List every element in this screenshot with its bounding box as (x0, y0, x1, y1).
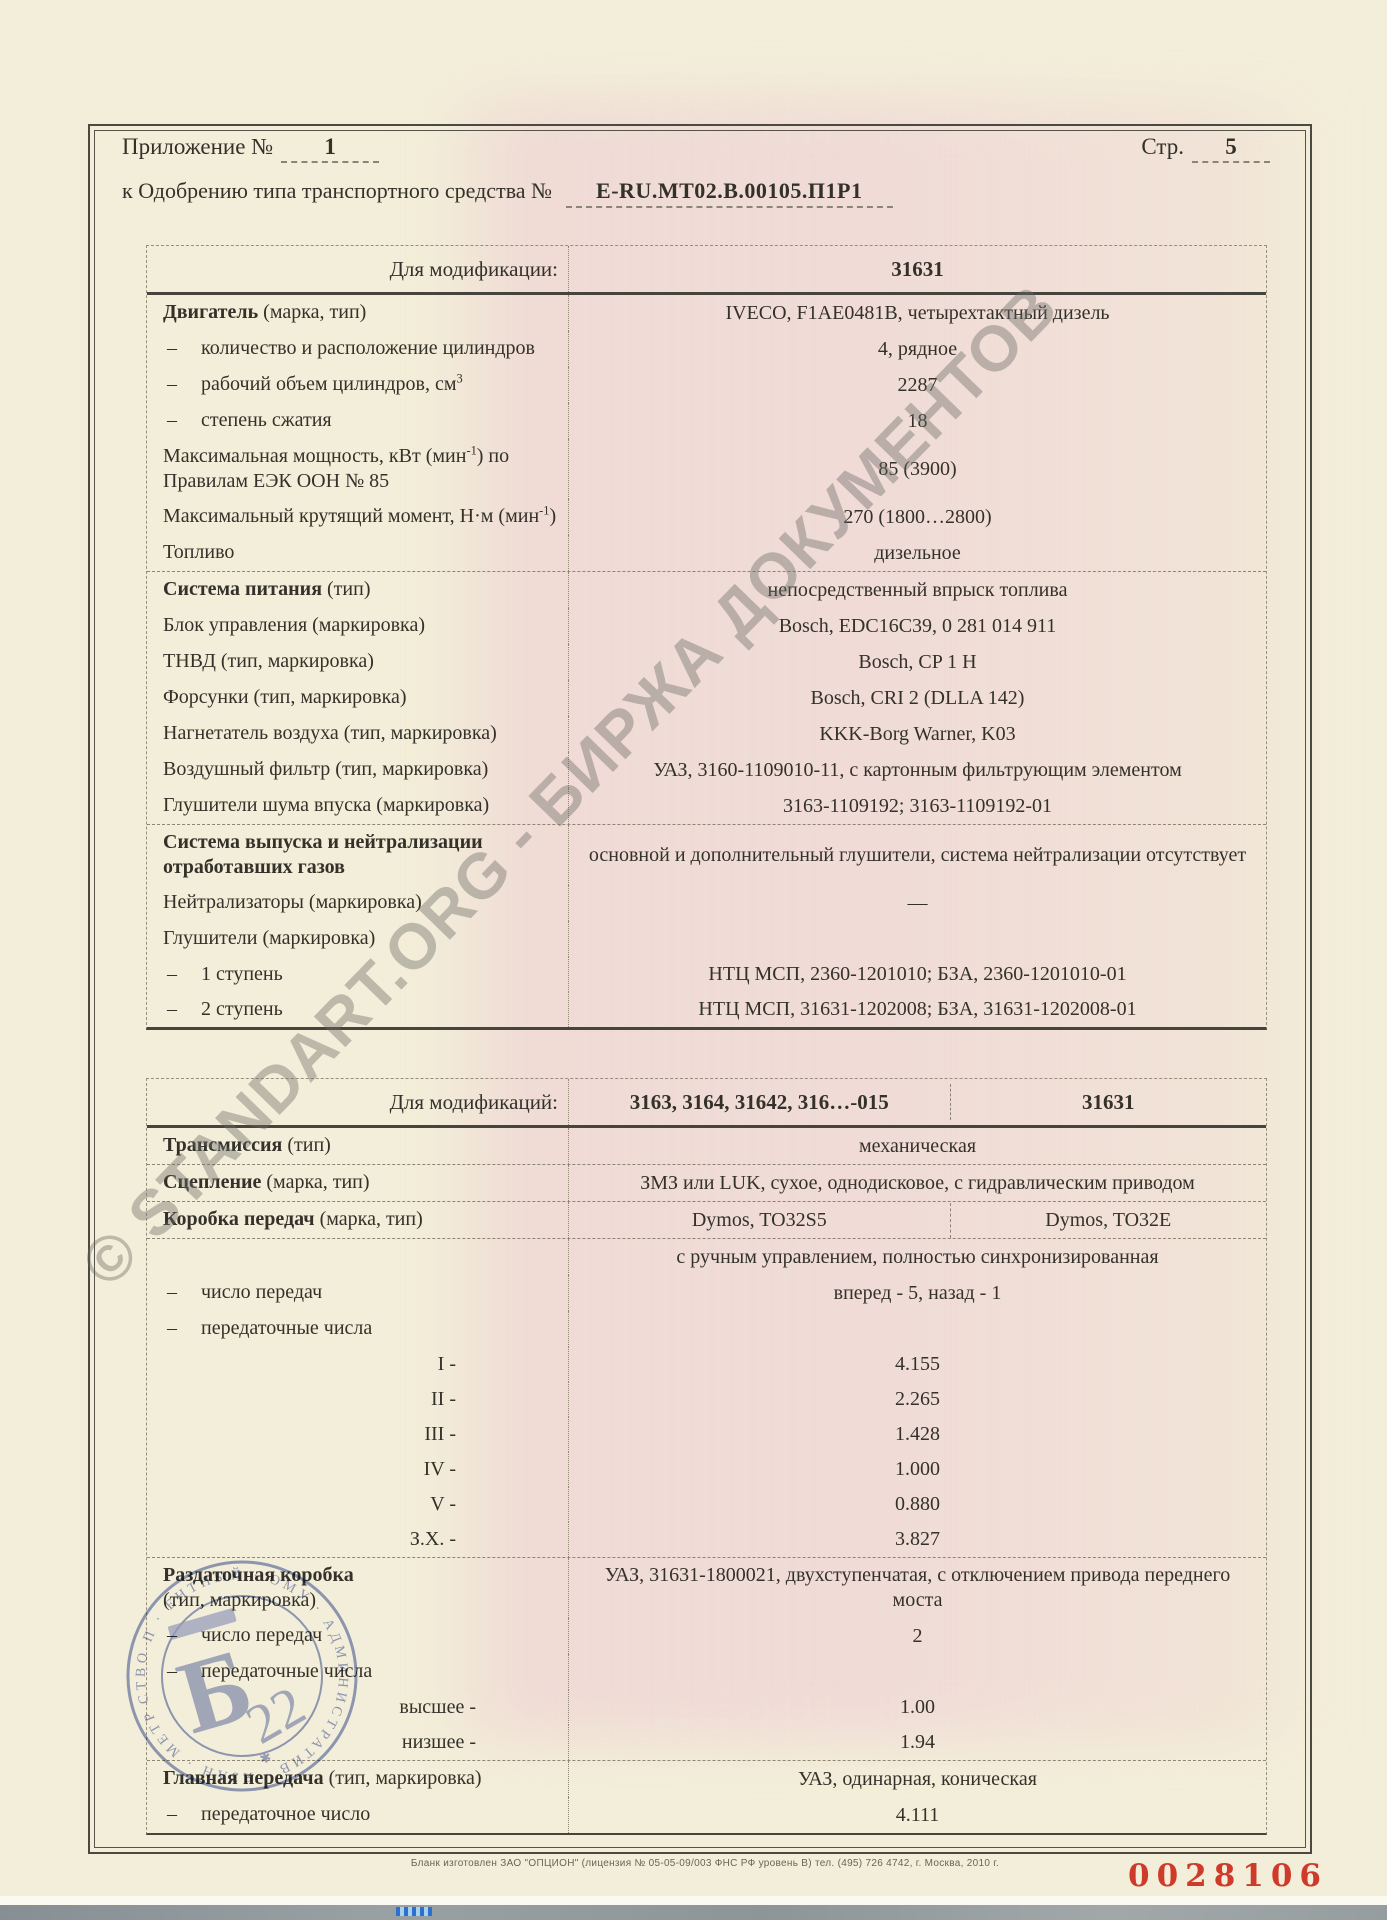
row-label: Двигатель (марка, тип) (147, 295, 569, 331)
row-value: 3.827 (569, 1522, 1266, 1557)
table-header-values: 3163, 3164, 31642, 316…-01531631 (569, 1079, 1266, 1125)
row-value: KKK-Borg Warner, K03 (569, 716, 1266, 752)
row-label-rest: (марка, тип) (261, 1171, 369, 1193)
row-value-text: 85 (3900) (878, 457, 956, 482)
row-value-text: KKK-Borg Warner, K03 (819, 722, 1015, 747)
row-value-text: с ручным управлением, полностью синхрони… (676, 1245, 1158, 1270)
table-row: Глушители (маркировка) (147, 921, 1266, 957)
row-value: НТЦ МСП, 31631-1202008; БЗА, 31631-12020… (569, 992, 1266, 1027)
table-row: Глушители шума впуска (маркировка)3163-1… (147, 788, 1266, 824)
approval-label: к Одобрению типа транспортного средства … (122, 178, 552, 203)
row-value-text: вперед - 5, назад - 1 (834, 1281, 1002, 1306)
row-label (147, 1239, 569, 1275)
table-row: –2 ступеньНТЦ МСП, 31631-1202008; БЗА, 3… (147, 992, 1266, 1027)
row-label: IV - (147, 1452, 569, 1487)
row-value: — (569, 885, 1266, 921)
row-value: 0.880 (569, 1487, 1266, 1522)
row-label: V - (147, 1487, 569, 1522)
row-label: Воздушный фильтр (тип, маркировка) (147, 752, 569, 788)
row-label: Глушители шума впуска (маркировка) (147, 788, 569, 824)
row-label: –1 ступень (147, 957, 569, 992)
row-value-text: 1.428 (895, 1422, 940, 1447)
table-row: –передаточное число4.111 (147, 1797, 1266, 1833)
row-value-text: Bosch, CP 1 H (858, 650, 976, 675)
row-value-text: 1.00 (900, 1695, 935, 1720)
table-row: IV -1.000 (147, 1452, 1266, 1487)
row-label-rest: (тип) (282, 1134, 330, 1156)
row-label: –рабочий объем цилиндров, см3 (147, 367, 569, 403)
scan-edge-strip (0, 1905, 1387, 1920)
table-header-label: Для модификаций: (147, 1079, 569, 1125)
row-value: УАЗ, одинарная, коническая (569, 1761, 1266, 1797)
table-row: –число передачвперед - 5, назад - 1 (147, 1275, 1266, 1311)
row-value: 1.00 (569, 1690, 1266, 1725)
row-value-cell: Dymos, TO32S5 (569, 1203, 950, 1238)
row-value-text: Bosch, CRI 2 (DLLA 142) (811, 686, 1025, 711)
row-value-text: УАЗ, 3160-1109010-11, с картонным фильтр… (653, 758, 1182, 783)
row-value (569, 921, 1266, 957)
row-label-text: 2 ступень (201, 997, 558, 1022)
row-label: –количество и расположение цилиндров (147, 331, 569, 367)
row-value-text: 3.827 (895, 1527, 940, 1552)
row-label-text: рабочий объем цилиндров, см3 (201, 372, 558, 398)
table-row: Двигатель (марка, тип)IVECO, F1AE0481B, … (147, 295, 1266, 331)
row-value-text: Bosch, EDC16C39, 0 281 014 911 (779, 614, 1057, 639)
row-label-text: 1 ступень (201, 962, 558, 987)
row-label-text: количество и расположение цилиндров (201, 336, 558, 362)
table-row: Система питания (тип)непосредственный вп… (147, 571, 1266, 608)
table-row: Блок управления (маркировка)Bosch, EDC16… (147, 608, 1266, 644)
table-row: Максимальный крутящий момент, Н·м (мин-1… (147, 499, 1266, 535)
row-value: 4.155 (569, 1347, 1266, 1382)
row-label: Коробка передач (марка, тип) (147, 1202, 569, 1238)
row-value-text: 2.265 (895, 1387, 940, 1412)
row-value: 1.94 (569, 1725, 1266, 1760)
stamp-center-letter: Б (167, 1627, 265, 1756)
row-value: УАЗ, 31631-1800021, двухступенчатая, с о… (569, 1558, 1266, 1618)
appendix-label: Приложение № (122, 134, 273, 159)
table-row: Трансмиссия (тип)механическая (147, 1128, 1266, 1164)
dash-mark: – (167, 336, 201, 362)
row-value-text: 3163-1109192; 3163-1109192-01 (783, 794, 1052, 819)
table-row: Коробка передач (марка, тип)Dymos, TO32S… (147, 1201, 1266, 1238)
row-value: механическая (569, 1128, 1266, 1164)
table-row: Топливодизельное (147, 535, 1266, 571)
row-value-text: 4.111 (896, 1803, 940, 1828)
table-header-row: Для модификации:31631 (147, 246, 1266, 295)
page-number-block: Стр.5 (1141, 134, 1270, 163)
row-value-text: основной и дополнительный глушители, сис… (589, 843, 1246, 868)
table-row: –1 ступеньНТЦ МСП, 2360-1201010; БЗА, 23… (147, 957, 1266, 992)
table-row: Воздушный фильтр (тип, маркировка)УАЗ, 3… (147, 752, 1266, 788)
row-label-rest: (тип) (322, 578, 370, 600)
form-serial-number: 0028106 (1128, 1858, 1328, 1894)
row-value-text: УАЗ, 31631-1800021, двухступенчатая, с о… (579, 1563, 1256, 1613)
row-label-rest: (марка, тип) (315, 1208, 423, 1230)
table-row: Система выпуска и нейтрализации отработа… (147, 824, 1266, 885)
row-value-text: 2287 (898, 373, 938, 398)
table-row: I -4.155 (147, 1347, 1266, 1382)
dash-mark: – (167, 372, 201, 398)
row-label: Трансмиссия (тип) (147, 1128, 569, 1164)
row-label: Топливо (147, 535, 569, 571)
table-header-value: 3163, 3164, 31642, 316…-015 (569, 1084, 950, 1120)
approval-number: E-RU.MT02.B.00105.П1Р1 (566, 178, 892, 208)
row-value: 85 (3900) (569, 439, 1266, 499)
table-header-value: 31631 (569, 251, 1266, 287)
row-value: 4.111 (569, 1797, 1266, 1833)
row-value-text: 1.000 (895, 1457, 940, 1482)
table-row: Максимальная мощность, кВт (мин-1) по Пр… (147, 439, 1266, 499)
row-value: Bosch, EDC16C39, 0 281 014 911 (569, 608, 1266, 644)
row-label: Сцепление (марка, тип) (147, 1165, 569, 1201)
row-value: 1.000 (569, 1452, 1266, 1487)
scan-edge-mark (396, 1907, 432, 1916)
row-label: Максимальная мощность, кВт (мин-1) по Пр… (147, 439, 569, 499)
table-row: Нагнетатель воздуха (тип, маркировка)KKK… (147, 716, 1266, 752)
page-number: 5 (1192, 134, 1270, 163)
row-value-text: — (908, 891, 928, 916)
appendix-number: 1 (281, 134, 379, 163)
table-row: –количество и расположение цилиндров4, р… (147, 331, 1266, 367)
form-print-info: Бланк изготовлен ЗАО "ОПЦИОН" (лицензия … (300, 1858, 1110, 1869)
row-value: ЗМЗ или LUK, сухое, однодисковое, с гидр… (569, 1165, 1266, 1201)
row-label: Глушители (маркировка) (147, 921, 569, 957)
row-value-text: механическая (859, 1134, 976, 1159)
table-row: II -2.265 (147, 1382, 1266, 1417)
dash-mark: – (167, 408, 201, 434)
row-value-text: 2 (913, 1624, 923, 1649)
row-value: дизельное (569, 535, 1266, 571)
row-value-text: непосредственный впрыск топлива (768, 578, 1068, 603)
table-row: –передаточные числа (147, 1311, 1266, 1347)
row-value-text: дизельное (874, 541, 961, 566)
modification-table-engine: Для модификации:31631Двигатель (марка, т… (146, 245, 1267, 1030)
row-label: I - (147, 1347, 569, 1382)
table-row: Форсунки (тип, маркировка)Bosch, CRI 2 (… (147, 680, 1266, 716)
row-value-text: IVECO, F1AE0481B, четырехтактный дизель (725, 301, 1109, 326)
row-value: 2287 (569, 367, 1266, 403)
header-line-2: к Одобрению типа транспортного средства … (122, 178, 893, 208)
dash-mark: – (167, 997, 201, 1022)
scan-edge-white (0, 1896, 1387, 1905)
table-header-row: Для модификаций:3163, 3164, 31642, 316…-… (147, 1079, 1266, 1128)
row-label: Блок управления (маркировка) (147, 608, 569, 644)
document-page: Приложение №1 Стр.5 к Одобрению типа тра… (0, 0, 1387, 1920)
row-value-text: ЗМЗ или LUK, сухое, однодисковое, с гидр… (640, 1171, 1195, 1196)
row-value: 2 (569, 1618, 1266, 1654)
row-label: –число передач (147, 1275, 569, 1311)
row-label-text: передаточное число (201, 1802, 558, 1828)
row-value-text: НТЦ МСП, 31631-1202008; БЗА, 31631-12020… (698, 997, 1136, 1022)
row-value: 1.428 (569, 1417, 1266, 1452)
table-row: Нейтрализаторы (маркировка)— (147, 885, 1266, 921)
row-label: –2 ступень (147, 992, 569, 1027)
row-value: 18 (569, 403, 1266, 439)
page-label: Стр. (1141, 134, 1184, 159)
row-value: непосредственный впрыск топлива (569, 572, 1266, 608)
dash-mark: – (167, 962, 201, 987)
row-value-text: УАЗ, одинарная, коническая (798, 1767, 1037, 1792)
row-value: 3163-1109192; 3163-1109192-01 (569, 788, 1266, 824)
row-value: вперед - 5, назад - 1 (569, 1275, 1266, 1311)
row-label: –степень сжатия (147, 403, 569, 439)
table-row: –степень сжатия18 (147, 403, 1266, 439)
row-label-text: передаточные числа (201, 1316, 558, 1342)
table-header-value: 31631 (950, 1084, 1266, 1120)
row-label: Система выпуска и нейтрализации отработа… (147, 825, 569, 885)
row-value-cell: Dymos, TO32E (950, 1203, 1266, 1238)
row-value: IVECO, F1AE0481B, четырехтактный дизель (569, 295, 1266, 331)
table-header-values: 31631 (569, 246, 1266, 292)
row-value: с ручным управлением, полностью синхрони… (569, 1239, 1266, 1275)
row-value-text: 0.880 (895, 1492, 940, 1517)
row-label: З.Х. - (147, 1522, 569, 1557)
row-label: III - (147, 1417, 569, 1452)
row-value: Dymos, TO32S5Dymos, TO32E (569, 1202, 1266, 1238)
table-row: III -1.428 (147, 1417, 1266, 1452)
row-label: Нагнетатель воздуха (тип, маркировка) (147, 716, 569, 752)
row-value: основной и дополнительный глушители, сис… (569, 825, 1266, 885)
row-label: Форсунки (тип, маркировка) (147, 680, 569, 716)
row-value: Bosch, CRI 2 (DLLA 142) (569, 680, 1266, 716)
row-value: 4, рядное (569, 331, 1266, 367)
row-label: ТНВД (тип, маркировка) (147, 644, 569, 680)
row-value-text: НТЦ МСП, 2360-1201010; БЗА, 2360-1201010… (708, 962, 1126, 987)
table-row: с ручным управлением, полностью синхрони… (147, 1238, 1266, 1275)
row-label: II - (147, 1382, 569, 1417)
dash-mark: – (167, 1280, 201, 1306)
row-value: 270 (1800…2800) (569, 499, 1266, 535)
table-row: V -0.880 (147, 1487, 1266, 1522)
row-value (569, 1311, 1266, 1347)
table-header-label: Для модификации: (147, 246, 569, 292)
row-label: –передаточные числа (147, 1311, 569, 1347)
row-value-text: 18 (908, 409, 928, 434)
dash-mark: – (167, 1316, 201, 1342)
row-value: УАЗ, 3160-1109010-11, с картонным фильтр… (569, 752, 1266, 788)
row-label-text: степень сжатия (201, 408, 558, 434)
header-line-1: Приложение №1 Стр.5 (122, 134, 1270, 163)
table-row: Сцепление (марка, тип)ЗМЗ или LUK, сухое… (147, 1164, 1266, 1201)
row-label: Система питания (тип) (147, 572, 569, 608)
row-value: Bosch, CP 1 H (569, 644, 1266, 680)
row-label-text: число передач (201, 1280, 558, 1306)
row-value (569, 1654, 1266, 1690)
row-value-text: 1.94 (900, 1730, 935, 1755)
row-label: Максимальный крутящий момент, Н·м (мин-1… (147, 499, 569, 535)
row-label-rest: (марка, тип) (258, 301, 366, 323)
row-value-text: 4, рядное (878, 337, 957, 362)
row-value: НТЦ МСП, 2360-1201010; БЗА, 2360-1201010… (569, 957, 1266, 992)
appendix: Приложение №1 (122, 134, 379, 163)
row-label: Нейтрализаторы (маркировка) (147, 885, 569, 921)
row-value: 2.265 (569, 1382, 1266, 1417)
row-value-text: 270 (1800…2800) (843, 505, 991, 530)
row-value-text: 4.155 (895, 1352, 940, 1377)
table-row: ТНВД (тип, маркировка)Bosch, CP 1 H (147, 644, 1266, 680)
table-row: –рабочий объем цилиндров, см32287 (147, 367, 1266, 403)
